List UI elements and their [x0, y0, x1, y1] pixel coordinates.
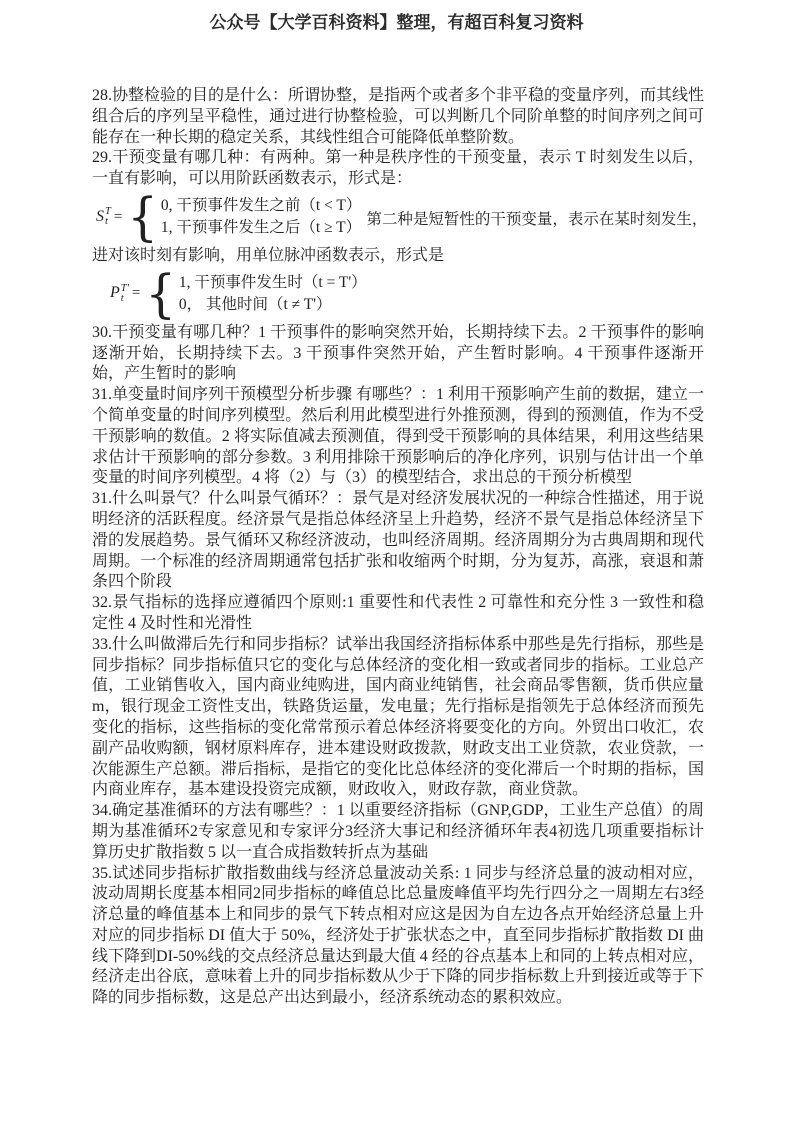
- paragraph-q32: 32.景气指标的选择应遵循四个原则:1 重要性和代表性 2 可靠性和充分性 3 …: [92, 593, 704, 635]
- formula-pulse-supsub: T't: [121, 284, 129, 304]
- paragraph-q35: 35.试述同步指标扩散指数曲线与经济总量波动关系: 1 同步与经济总量的波动相对…: [92, 864, 704, 1010]
- paragraph-q33: 33.什么叫做滞后先行和同步指标？试举出我国经济指标体系中那些是先行指标，那些是…: [92, 635, 704, 801]
- formula-step-lhs: STt=: [96, 207, 124, 228]
- document-page: 公众号【大学百科资料】整理，有超百科复习资料 28.协整检验的目的是什么：所谓协…: [0, 0, 793, 1122]
- paragraph-q30: 30.干预变量有哪几种？1 干预事件的影响突然开始，长期持续下去。2 干预事件的…: [92, 323, 704, 385]
- formula-step-case1: 0, 干预事件发生之前（t < T）: [161, 195, 362, 217]
- page-header: 公众号【大学百科资料】整理，有超百科复习资料: [0, 8, 793, 33]
- formula-pulse-sub: t: [121, 294, 129, 304]
- paragraph-q31a: 31.单变量时间序列干预模型分析步骤 有哪些？：1 利用干预影响产生前的数据，建…: [92, 385, 704, 489]
- formula-step-equals: =: [114, 207, 122, 228]
- left-brace-glyph: {: [145, 270, 176, 318]
- document-body: 28.协整检验的目的是什么：所谓协整，是指两个或者多个非平稳的变量序列，而其线性…: [92, 86, 704, 1009]
- formula-pulse-case1: 1, 干预事件发生时（t = T'）: [179, 272, 367, 294]
- paragraph-q34: 34.确定基准循环的方法有哪些？：1 以重要经济指标（GNP,GDP，工业生产总…: [92, 801, 704, 863]
- paragraph-q29-mid: 进对该时刻有影响，用单位脉冲函数表示，形式是: [92, 246, 704, 267]
- formula-step-case2: 1, 干预事件发生之后（t ≥ T）: [161, 217, 362, 239]
- formula-step-trailing-text: 第二种是短暂性的干预变量，表示在某时刻发生，: [366, 210, 707, 239]
- left-brace-glyph: {: [127, 193, 158, 241]
- paragraph-q31b: 31.什么叫景气？什么叫景气循环？：景气是对经济发展状况的一种综合性描述，用于说…: [92, 489, 704, 593]
- formula-step-sub: t: [105, 217, 111, 227]
- formula-step-base: S: [96, 207, 104, 228]
- formula-step-function: STt= { 0, 干预事件发生之前（t < T） 1, 干预事件发生之后（t …: [96, 195, 704, 239]
- paragraph-q28: 28.协整检验的目的是什么：所谓协整，是指两个或者多个非平稳的变量序列，而其线性…: [92, 86, 704, 148]
- formula-pulse-function: PT't= { 1, 干预事件发生时（t = T'） 0， 其他时间（t ≠ T…: [110, 272, 704, 316]
- formula-pulse-lhs: PT't=: [110, 283, 142, 304]
- formula-pulse-equals: =: [132, 283, 140, 304]
- paragraph-q29: 29.干预变量有哪几种：有两种。第一种是秩序性的干预变量，表示 T 时刻发生以后…: [92, 148, 704, 190]
- formula-step-cases: 0, 干预事件发生之前（t < T） 1, 干预事件发生之后（t ≥ T）: [161, 195, 362, 239]
- formula-pulse-case2: 0， 其他时间（t ≠ T'）: [179, 294, 367, 316]
- formula-pulse-cases: 1, 干预事件发生时（t = T'） 0， 其他时间（t ≠ T'）: [179, 272, 367, 316]
- formula-pulse-base: P: [110, 283, 120, 304]
- formula-step-supsub: Tt: [105, 207, 111, 227]
